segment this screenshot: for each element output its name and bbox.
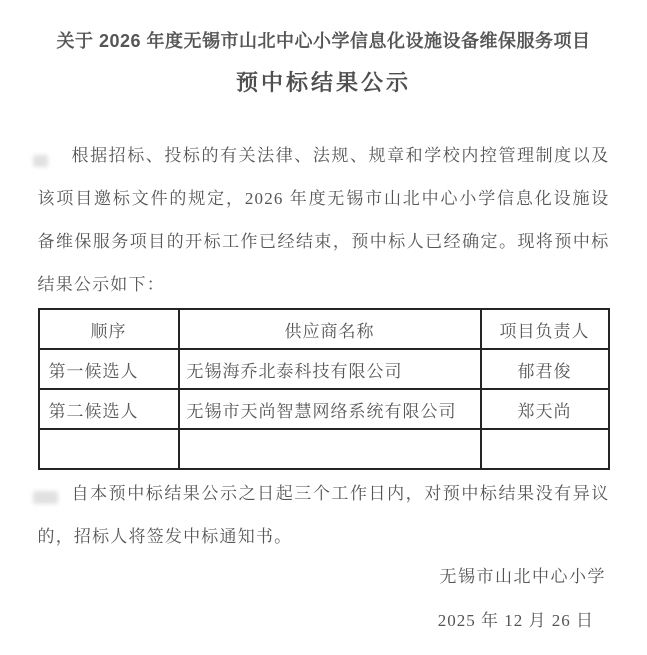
- document-title-line2: 预中标结果公示: [0, 68, 647, 98]
- notice-paragraph: 自本预中标结果公示之日起三个工作日内，对预中标结果没有异议的，招标人将签发中标通…: [38, 472, 610, 558]
- cell-manager: 郁君俊: [481, 349, 609, 389]
- table-header-row: 顺序 供应商名称 项目负责人: [39, 309, 609, 349]
- announcement-document: 关于 2026 年度无锡市山北中心小学信息化设施设备维保服务项目 预中标结果公示…: [0, 0, 647, 655]
- signature-org: 无锡市山北中心小学: [0, 564, 647, 590]
- cell-supplier: [179, 429, 481, 469]
- table-row-empty: [39, 429, 609, 469]
- bid-result-table: 顺序 供应商名称 项目负责人 第一候选人 无锡海乔北泰科技有限公司 郁君俊 第二…: [38, 308, 610, 470]
- scan-smudge-artifact: [33, 491, 58, 504]
- cell-manager: 郑天尚: [481, 389, 609, 429]
- cell-manager: [481, 429, 609, 469]
- cell-supplier: 无锡市天尚智慧网络系统有限公司: [179, 389, 481, 429]
- scan-smudge-artifact: [33, 155, 48, 167]
- cell-order: 第二候选人: [39, 389, 179, 429]
- table-row-first-candidate: 第一候选人 无锡海乔北泰科技有限公司 郁君俊: [39, 349, 609, 389]
- table-row-second-candidate: 第二候选人 无锡市天尚智慧网络系统有限公司 郑天尚: [39, 389, 609, 429]
- column-header-manager: 项目负责人: [481, 309, 609, 349]
- cell-supplier: 无锡海乔北泰科技有限公司: [179, 349, 481, 389]
- intro-paragraph: 根据招标、投标的有关法律、法规、规章和学校内控管理制度以及该项目邀标文件的规定，…: [38, 134, 610, 306]
- document-title-line1: 关于 2026 年度无锡市山北中心小学信息化设施设备维保服务项目: [0, 28, 647, 54]
- cell-order: 第一候选人: [39, 349, 179, 389]
- cell-order: [39, 429, 179, 469]
- column-header-order: 顺序: [39, 309, 179, 349]
- column-header-supplier: 供应商名称: [179, 309, 481, 349]
- signature-date: 2025 年 12 月 26 日: [0, 608, 647, 634]
